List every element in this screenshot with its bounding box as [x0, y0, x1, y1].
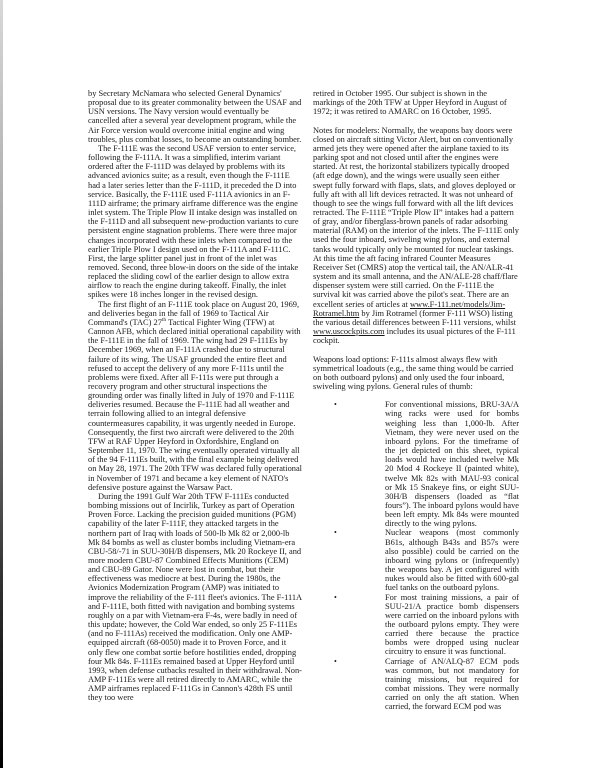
right-column: retired in October 1995. Our subject is … — [313, 89, 519, 712]
paragraph-f111e-overview: The F-111E was the second USAF version t… — [88, 144, 302, 300]
list-item: •Carriage of AN/ALQ-87 ECM pods was comm… — [313, 657, 519, 712]
bullet-icon: • — [334, 400, 337, 409]
scan-edge — [0, 0, 3, 768]
bullet-icon: • — [334, 528, 337, 537]
paragraph-first-flight: The first flight of an F-111E took place… — [88, 300, 302, 492]
paragraph-weapons-intro: Weapons load options: F-111s almost alwa… — [313, 355, 519, 392]
list-item: •For most training missions, a pair of S… — [313, 593, 519, 657]
paragraph-retirement: retired in October 1995. Our subject is … — [313, 89, 519, 116]
bullet-icon: • — [334, 593, 337, 602]
left-column: by Secretary McNamara who selected Gener… — [88, 89, 302, 702]
weapons-rules-list: •For conventional missions, BRU-3A/A win… — [313, 400, 519, 711]
link-uscockpits[interactable]: www.uscockpits.com — [313, 327, 385, 336]
list-item: •For conventional missions, BRU-3A/A win… — [313, 400, 519, 528]
list-item: •Nuclear weapons (most commonly B61s, al… — [313, 528, 519, 592]
paragraph-modeler-notes: Notes for modelers: Normally, the weapon… — [313, 126, 519, 346]
bullet-icon: • — [334, 657, 337, 666]
paragraph-intro-continuation: by Secretary McNamara who selected Gener… — [88, 89, 302, 144]
paragraph-gulf-war: During the 1991 Gulf War 20th TFW F-111E… — [88, 492, 302, 703]
